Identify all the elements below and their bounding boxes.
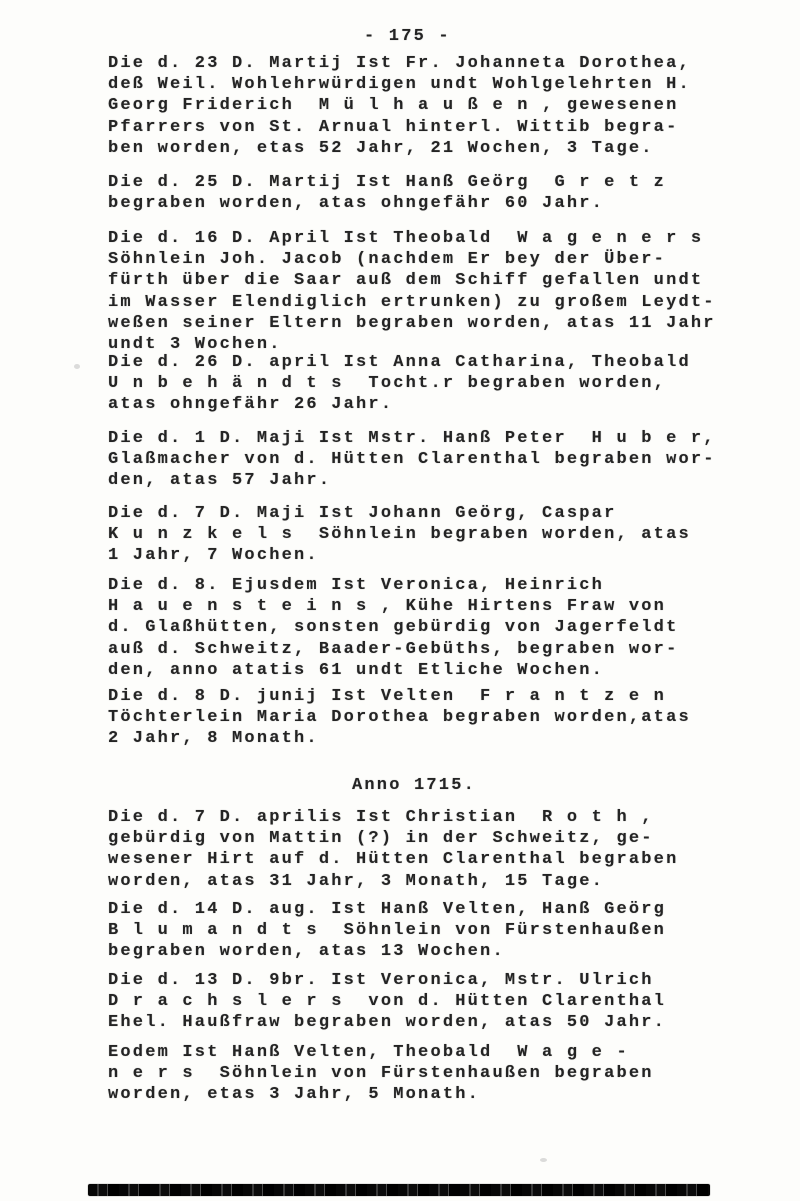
year-heading: Anno 1715. xyxy=(352,775,476,796)
burial-entry: Die d. 7 D. aprilis Ist Christian R o t … xyxy=(108,807,678,892)
scan-speck xyxy=(74,364,80,369)
scan-artifact-bar xyxy=(88,1184,710,1196)
burial-entry: Die d. 16 D. April Ist Theobald W a g e … xyxy=(108,228,716,355)
burial-entry: Die d. 23 D. Martij Ist Fr. Johanneta Do… xyxy=(108,53,691,159)
burial-entry: Die d. 25 D. Martij Ist Hanß Geörg G r e… xyxy=(108,172,666,214)
burial-entry: Die d. 8 D. junij Ist Velten F r a n t z… xyxy=(108,686,691,750)
scan-speck xyxy=(540,1158,547,1162)
page-number: - 175 - xyxy=(364,26,451,47)
burial-entry: Die d. 26 D. april Ist Anna Catharina, T… xyxy=(108,352,691,416)
burial-entry: Die d. 8. Ejusdem Ist Veronica, Heinrich… xyxy=(108,575,678,681)
burial-entry: Die d. 7 D. Maji Ist Johann Geörg, Caspa… xyxy=(108,503,691,567)
scanned-register-page: - 175 - Die d. 23 D. Martij Ist Fr. Joha… xyxy=(0,0,800,1201)
burial-entry: Die d. 14 D. aug. Ist Hanß Velten, Hanß … xyxy=(108,899,666,963)
burial-entry: Die d. 1 D. Maji Ist Mstr. Hanß Peter H … xyxy=(108,428,716,492)
burial-entry: Eodem Ist Hanß Velten, Theobald W a g e … xyxy=(108,1042,654,1106)
burial-entry: Die d. 13 D. 9br. Ist Veronica, Mstr. Ul… xyxy=(108,970,666,1034)
